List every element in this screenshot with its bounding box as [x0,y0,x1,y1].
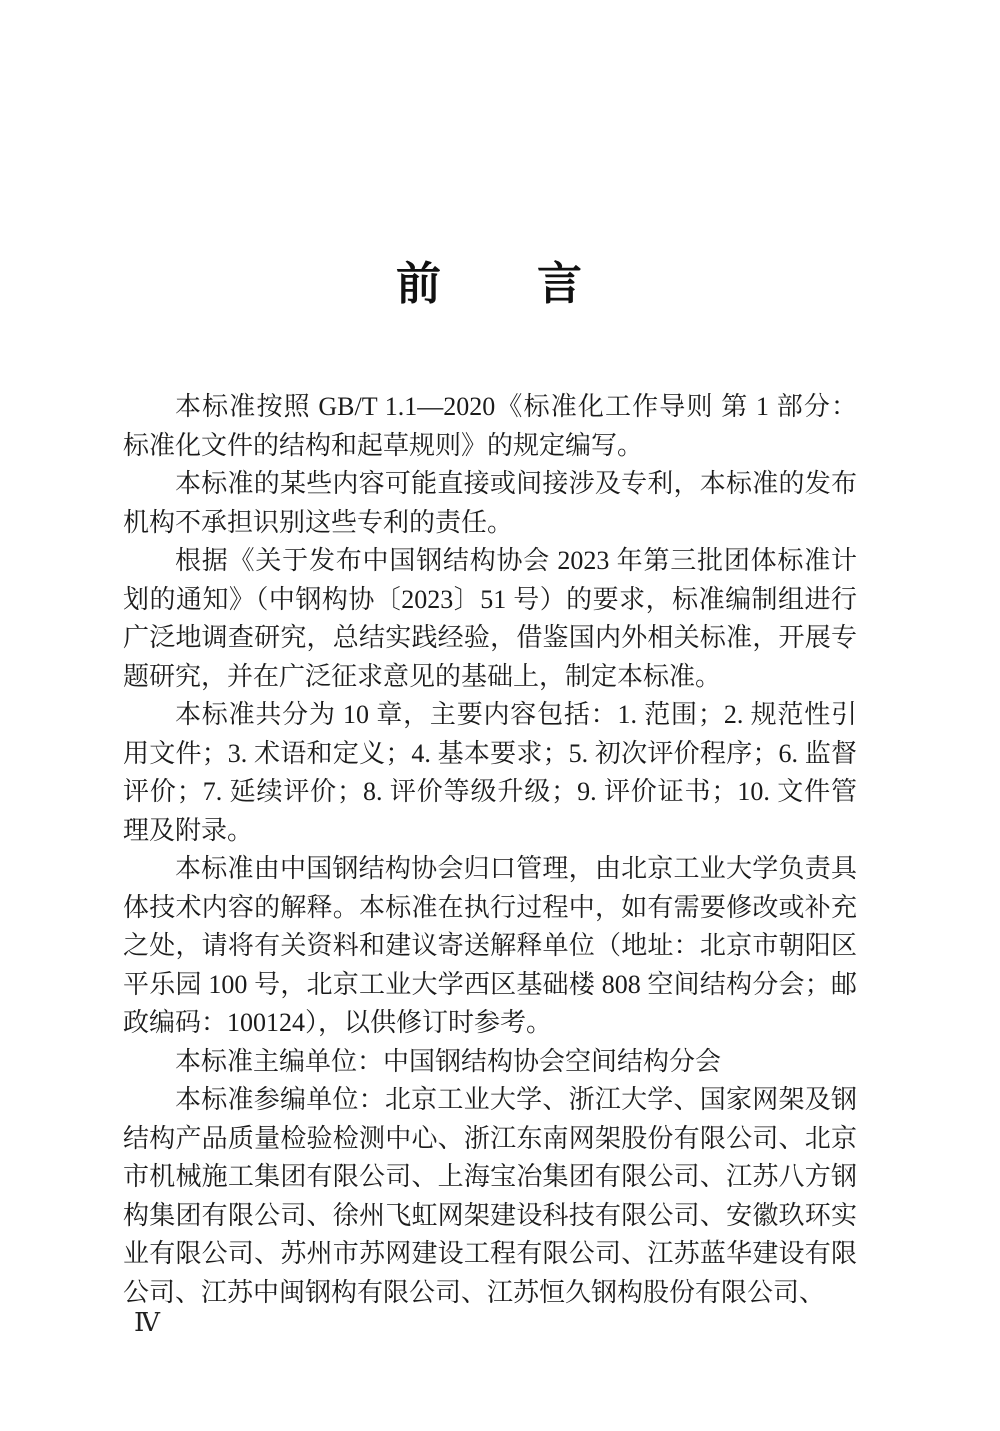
paragraph-patent-disclaimer: 本标准的某些内容可能直接或间接涉及专利，本标准的发布机构不承担识别这些专利的责任… [123,465,857,542]
page-number: Ⅳ [134,1308,160,1338]
paragraph-administration-contact: 本标准由中国钢结构协会归口管理，由北京工业大学负责具体技术内容的解释。本标准在执… [123,850,857,1043]
paragraph-participating-units: 本标准参编单位：北京工业大学、浙江大学、国家网架及钢结构产品质量检验检测中心、浙… [123,1081,857,1312]
page-title: 前 言 [123,258,857,310]
foreword-body: 本标准按照 GB/T 1.1—2020《标准化工作导则 第 1 部分：标准化文件… [123,388,857,1312]
paragraph-plan-basis: 根据《关于发布中国钢结构协会 2023 年第三批团体标准计划的通知》（中钢构协〔… [123,542,857,696]
paragraph-chief-editor-unit: 本标准主编单位：中国钢结构协会空间结构分会 [123,1043,857,1082]
document-page: 前 言 本标准按照 GB/T 1.1—2020《标准化工作导则 第 1 部分：标… [0,0,1000,1431]
paragraph-contents-overview: 本标准共分为 10 章，主要内容包括：1. 范围；2. 规范性引用文件；3. 术… [123,696,857,850]
paragraph-drafting-basis: 本标准按照 GB/T 1.1—2020《标准化工作导则 第 1 部分：标准化文件… [123,388,857,465]
